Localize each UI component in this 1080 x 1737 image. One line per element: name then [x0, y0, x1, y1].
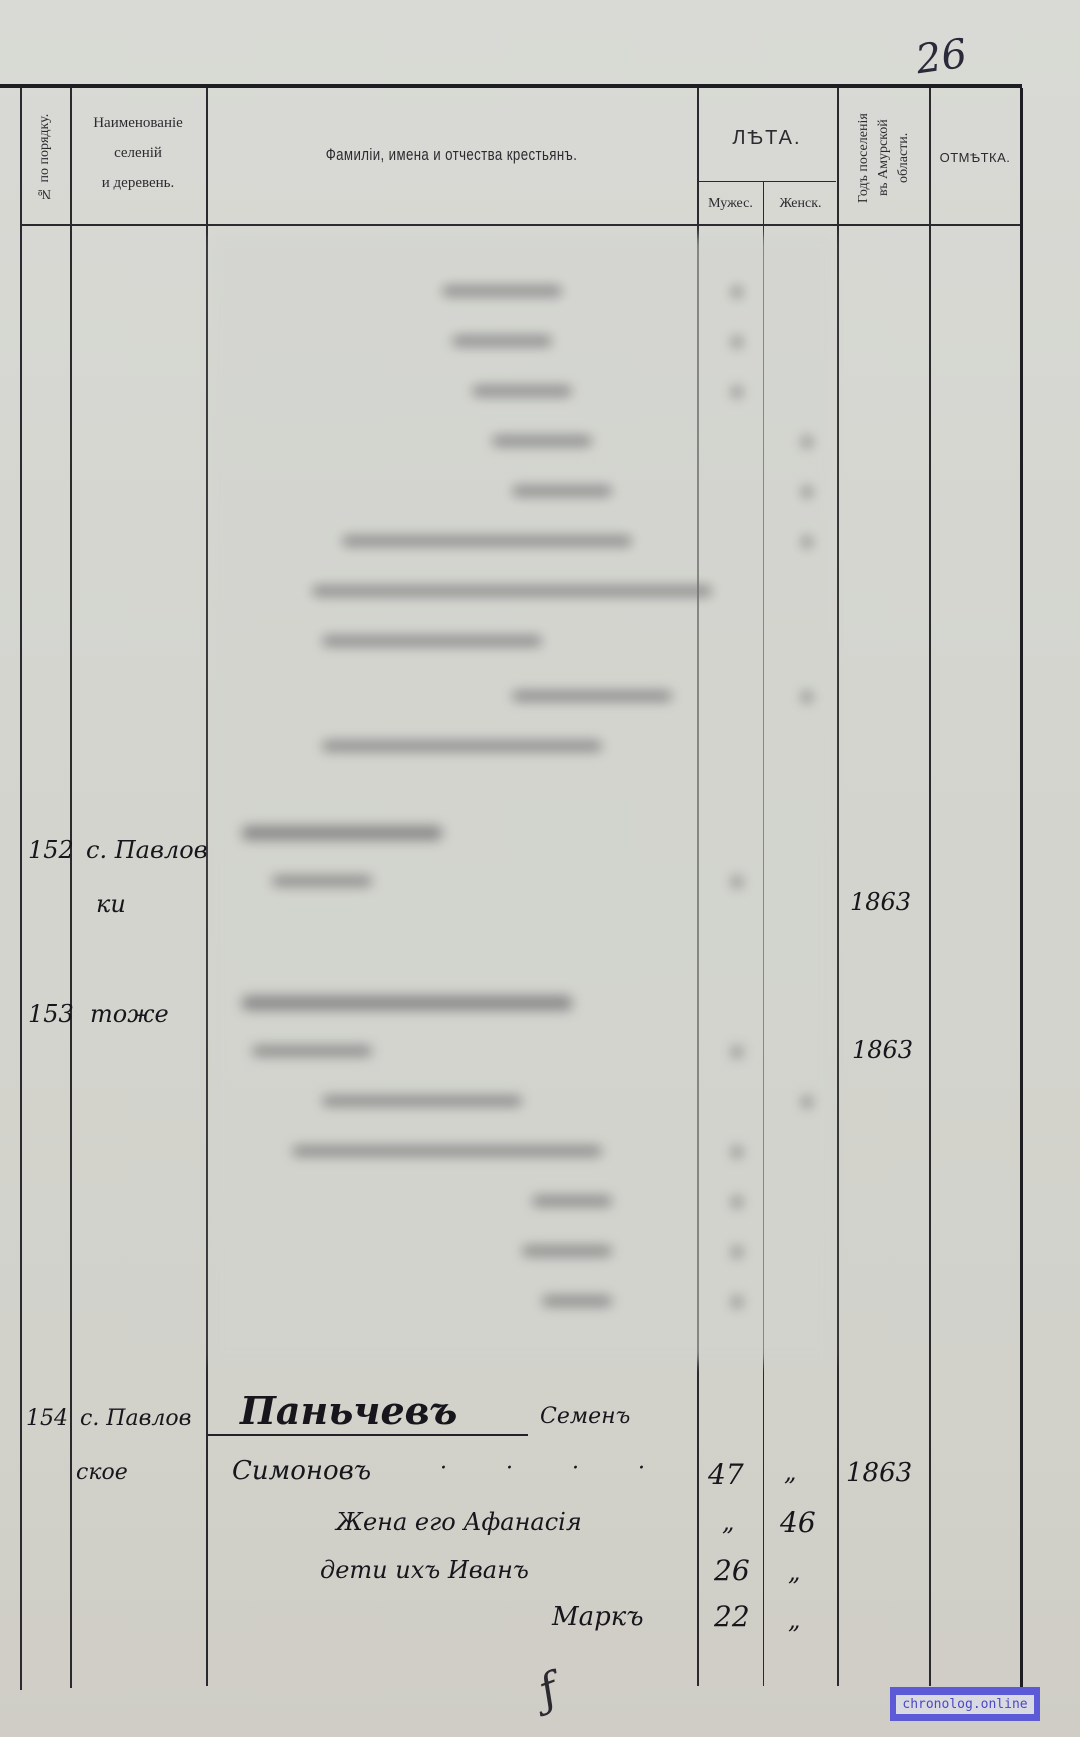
- member-son-mark-male: 22: [714, 1600, 750, 1633]
- watermark-text: chronolog.online: [896, 1695, 1033, 1714]
- end-flourish-mark: ƒ: [532, 1664, 565, 1717]
- entry-number: 153: [28, 1000, 74, 1028]
- header-settlement-line2: селеній: [70, 138, 206, 168]
- col-border-year: [929, 88, 931, 1686]
- surname-underline: [208, 1434, 528, 1436]
- watermark-badge: chronolog.online: [890, 1687, 1040, 1721]
- table-top-border: [0, 84, 1022, 88]
- header-year-line1: Годъ поселенія: [854, 96, 874, 220]
- col-border-left: [20, 88, 22, 1690]
- head-patronymic: Симоновъ: [232, 1456, 371, 1486]
- header-settlement: Наименованіе селеній и деревень.: [70, 108, 206, 198]
- col-border-female: [837, 88, 839, 1686]
- member-son-ivan: дети ихъ Иванъ: [320, 1556, 529, 1584]
- member-son-mark-female: „: [788, 1606, 800, 1634]
- header-year-line2: въ Амурской: [874, 96, 894, 220]
- header-year-line3: области.: [894, 96, 914, 220]
- header-note: ОТМѢТКА.: [930, 144, 1020, 172]
- header-settlement-line3: и деревень.: [70, 168, 206, 198]
- entry-settlement-cont: ки: [96, 890, 126, 918]
- col-border-settlement: [206, 88, 208, 1686]
- census-page: 26 № по порядку. Наименованіе селеній и …: [0, 0, 1080, 1737]
- header-age-male: Мужес.: [698, 190, 763, 218]
- member-son-ivan-female: „: [788, 1558, 800, 1586]
- blurred-redacted-region: [212, 236, 832, 1362]
- head-surname: Паньчевъ: [240, 1388, 457, 1433]
- member-son-mark: Маркъ: [552, 1602, 644, 1632]
- col-border-right: [1020, 88, 1023, 1688]
- entry-number: 154: [26, 1406, 68, 1431]
- header-age: ЛѢТА.: [698, 124, 836, 152]
- col-border-number: [70, 88, 72, 1688]
- member-son-ivan-male: 26: [714, 1554, 750, 1587]
- member-wife: Жена его Афанасія: [336, 1508, 582, 1536]
- entry-settlement: с. Павлов: [86, 836, 208, 864]
- header-bottom-border: [20, 224, 1020, 226]
- header-names: Фамиліи, имена и отчества крестьянъ.: [260, 141, 643, 169]
- head-female-age: „: [784, 1458, 796, 1486]
- head-year: 1863: [846, 1458, 912, 1488]
- head-leader-dots: · · · ·: [440, 1456, 671, 1481]
- entry-settlement: с. Павлов: [80, 1406, 191, 1431]
- header-number: № по порядку.: [35, 94, 57, 220]
- header-year: Годъ поселенія въ Амурской области.: [848, 96, 920, 220]
- entry-year: 1863: [852, 1036, 913, 1064]
- header-age-female: Женск.: [764, 190, 837, 218]
- member-wife-male: „: [722, 1508, 734, 1536]
- head-male-age: 47: [708, 1458, 744, 1491]
- entry-number: 152: [28, 836, 74, 864]
- entry-settlement: тоже: [90, 1000, 169, 1028]
- entry-settlement-cont: ское: [76, 1460, 128, 1485]
- sheet-number: 26: [913, 31, 970, 84]
- member-wife-female: 46: [780, 1506, 816, 1539]
- entry-year: 1863: [850, 888, 911, 916]
- header-settlement-line1: Наименованіе: [70, 108, 206, 138]
- head-first-name: Семенъ: [540, 1404, 630, 1429]
- age-subheader-divider: [698, 181, 836, 182]
